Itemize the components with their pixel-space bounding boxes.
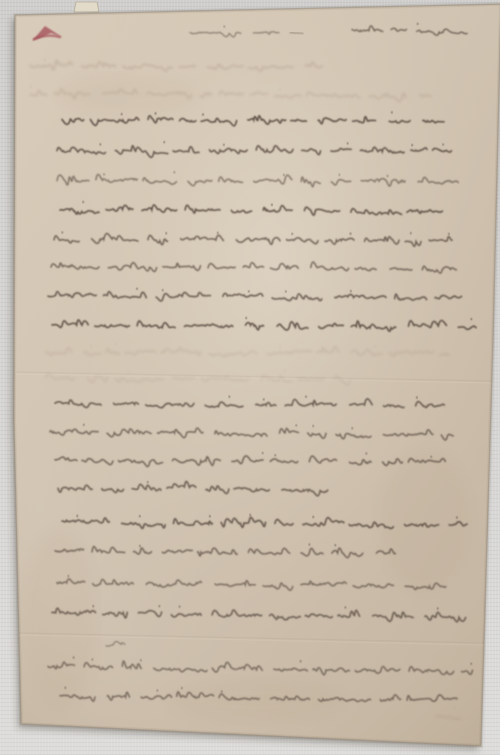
diacritic-dot: [271, 204, 273, 206]
diacritic-dot: [44, 59, 46, 61]
paper-mounting-tab-shape: [74, 2, 99, 12]
paper-mounting-tab: [74, 2, 99, 12]
diacritic-dot: [285, 291, 287, 293]
diacritic-dot: [83, 424, 85, 426]
diacritic-dot: [67, 575, 69, 577]
diacritic-dot: [347, 142, 349, 144]
diacritic-dot: [127, 371, 129, 373]
diacritic-dot: [248, 290, 250, 292]
diacritic-dot: [391, 111, 393, 113]
diacritic-dot: [284, 370, 286, 372]
diacritic-dot: [374, 345, 376, 347]
diacritic-dot: [291, 233, 293, 235]
diacritic-dot: [410, 232, 412, 234]
diacritic-dot: [305, 396, 307, 398]
diacritic-dot: [92, 605, 94, 607]
diacritic-dot: [263, 399, 265, 401]
diacritic-dot: [471, 318, 473, 320]
diacritic-dot: [274, 454, 276, 456]
diacritic-dot: [136, 288, 138, 290]
diacritic-dot: [229, 396, 231, 398]
diacritic-dot: [312, 425, 314, 427]
diacritic-dot: [309, 544, 311, 546]
paper-stain: [60, 75, 200, 115]
diacritic-dot: [387, 175, 389, 177]
diacritic-dot: [321, 346, 323, 348]
diacritic-dot: [416, 397, 418, 399]
diacritic-dot: [121, 113, 123, 115]
diacritic-dot: [90, 346, 92, 348]
diacritic-dot: [345, 607, 347, 609]
diacritic-dot: [430, 456, 432, 458]
diacritic-dot: [202, 114, 204, 116]
diacritic-dot: [312, 516, 314, 518]
diacritic-dot: [217, 232, 219, 234]
diacritic-dot: [158, 605, 160, 607]
diacritic-dot: [147, 481, 149, 483]
diacritic-dot: [30, 86, 32, 88]
diacritic-dot: [245, 317, 247, 319]
diacritic-dot: [280, 346, 282, 348]
diacritic-dot: [365, 453, 367, 455]
diacritic-dot: [209, 515, 211, 517]
diacritic-dot: [249, 514, 251, 516]
diacritic-dot: [448, 233, 450, 235]
diacritic-dot: [162, 289, 164, 291]
diacritic-dot: [339, 174, 341, 176]
diacritic-dot: [279, 88, 281, 90]
diacritic-dot: [174, 171, 176, 173]
diacritic-dot: [165, 232, 167, 234]
diacritic-dot: [139, 545, 141, 547]
paper-stain: [380, 450, 470, 590]
diacritic-dot: [100, 144, 102, 146]
diacritic-dot: [283, 174, 285, 176]
diacritic-dot: [334, 544, 336, 546]
diacritic-dot: [115, 343, 117, 345]
diacritic-dot: [351, 427, 353, 429]
diacritic-dot: [61, 232, 63, 234]
diacritic-dot: [437, 608, 439, 610]
diacritic-dot: [295, 424, 297, 426]
diacritic-dot: [350, 290, 352, 292]
diacritic-dot: [163, 141, 165, 143]
diacritic-dot: [456, 517, 458, 519]
manuscript-photo: Photograph of an aged handwritten manusc…: [0, 0, 500, 755]
diacritic-dot: [103, 173, 105, 175]
diacritic-dot: [76, 515, 78, 517]
diacritic-dot: [155, 113, 157, 115]
diacritic-dot: [223, 144, 225, 146]
paper-stain: [25, 530, 95, 710]
diacritic-dot: [179, 606, 181, 608]
diacritic-dot: [411, 144, 413, 146]
diacritic-dot: [82, 201, 84, 203]
diacritic-dot: [350, 233, 352, 235]
diacritic-dot: [442, 144, 444, 146]
diacritic-dot: [262, 452, 264, 454]
photo-backdrop: Photograph of an aged handwritten manusc…: [0, 0, 500, 755]
diacritic-dot: [139, 515, 141, 517]
